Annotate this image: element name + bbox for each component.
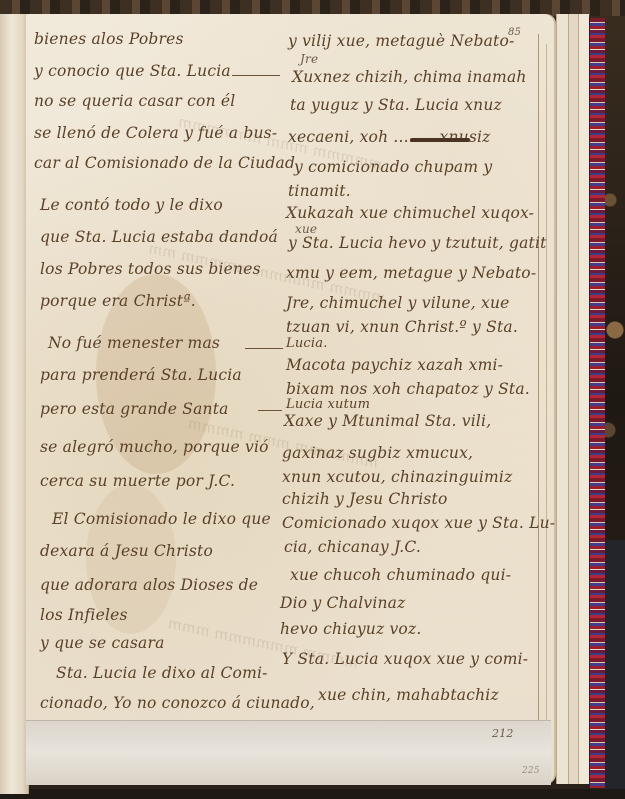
text-line: El Comisionado le dixo que: [52, 510, 271, 528]
page-bottom-flap: [26, 720, 551, 785]
text-line: tzuan vi, xnun Christ.º y Sta.: [286, 318, 518, 336]
marbled-page-edge: [589, 18, 605, 788]
text-line: porque era Christª.: [40, 292, 196, 310]
text-line: bixam nos xoh chapatoz y Sta.: [286, 380, 530, 398]
connector-dash: [258, 410, 282, 411]
struck-out-word: [410, 138, 470, 142]
text-line: los Pobres todos sus bienes: [40, 260, 261, 278]
text-line: xue chin, mahabtachiz: [318, 686, 499, 704]
text-line: Y Sta. Lucia xuqox xue y comi-: [282, 650, 528, 668]
text-line: xecaeni, xoh ........ xnusiz: [288, 128, 491, 146]
text-line: bienes alos Pobres: [34, 30, 184, 48]
text-line: cia, chicanay J.C.: [284, 538, 421, 556]
text-line: gaxinaz sugbiz xmucux,: [282, 444, 473, 462]
text-line: Lucia xutum: [286, 397, 370, 412]
text-line: Xukazah xue chimuchel xuqox-: [286, 204, 534, 222]
text-line: los Infieles: [40, 606, 128, 624]
text-line: No fué menester mas: [48, 334, 220, 352]
text-line: Jre, chimuchel y vilune, xue: [286, 294, 510, 312]
text-line: no se queria casar con él: [34, 92, 235, 110]
text-line: cerca su muerte por J.C.: [40, 472, 235, 490]
page-fold-line: [546, 44, 547, 724]
text-line: Lucia.: [286, 336, 328, 351]
page-fold-line: [538, 34, 539, 734]
text-line: tinamit.: [288, 182, 351, 200]
text-line: xue chucoh chuminado qui-: [290, 566, 511, 584]
text-line: Xuxnez chizih, chima inamah: [292, 68, 527, 86]
text-line: que adorara alos Dioses de: [40, 576, 258, 594]
text-line: xmu y eem, metague y Nebato-: [286, 264, 536, 282]
text-line: Dio y Chalvinaz: [280, 594, 405, 612]
text-line: que Sta. Lucia estaba dandoá: [40, 228, 278, 246]
text-line: chizih y Jesu Christo: [282, 490, 448, 508]
text-line: car al Comisionado de la Ciudad: [34, 154, 295, 172]
text-line: Le contó todo y le dixo: [40, 196, 223, 214]
text-line: cionado, Yo no conozco á ciunado,: [40, 694, 315, 712]
cover-lower-right: [603, 540, 625, 799]
text-line: Macota paychiz xazah xmi-: [286, 356, 503, 374]
text-line: Xaxe y Mtunimal Sta. vili,: [284, 412, 491, 430]
archive-number: 225: [522, 766, 540, 776]
page-number: 212: [492, 727, 514, 740]
text-line: y vilij xue, metaguè Nebato-: [288, 32, 514, 50]
text-line: y conocio que Sta. Lucia: [34, 62, 231, 80]
cover-bottom-edge: [0, 789, 625, 799]
connector-dash: [232, 75, 280, 76]
text-line: se llenó de Colera y fué a bus-: [34, 124, 277, 142]
connector-dash: [245, 348, 283, 349]
text-line: y que se casara: [40, 634, 165, 652]
text-line: pero esta grande Santa: [40, 400, 229, 418]
interlinear-note: Jre: [300, 52, 318, 66]
text-line: xnun xcutou, chinazinguimiz: [282, 468, 512, 486]
text-line: para prenderá Sta. Lucia: [40, 366, 242, 384]
text-line: Comicionado xuqox xue y Sta. Lu-: [282, 514, 555, 532]
text-line: dexara á Jesu Christo: [40, 542, 213, 560]
text-line: y Sta. Lucia hevo y tzutuit, gatit: [288, 234, 547, 252]
text-line: se alegró mucho, porque vió: [40, 438, 269, 456]
binding-gutter: [0, 14, 29, 794]
text-line: y comicionado chupam y: [294, 158, 492, 176]
text-line: hevo chiayuz voz.: [280, 620, 421, 638]
text-line: ta yuguz y Sta. Lucia xnuz: [290, 96, 502, 114]
text-line: Sta. Lucia le dixo al Comi-: [56, 664, 268, 682]
page-stack-edge: [578, 14, 589, 784]
